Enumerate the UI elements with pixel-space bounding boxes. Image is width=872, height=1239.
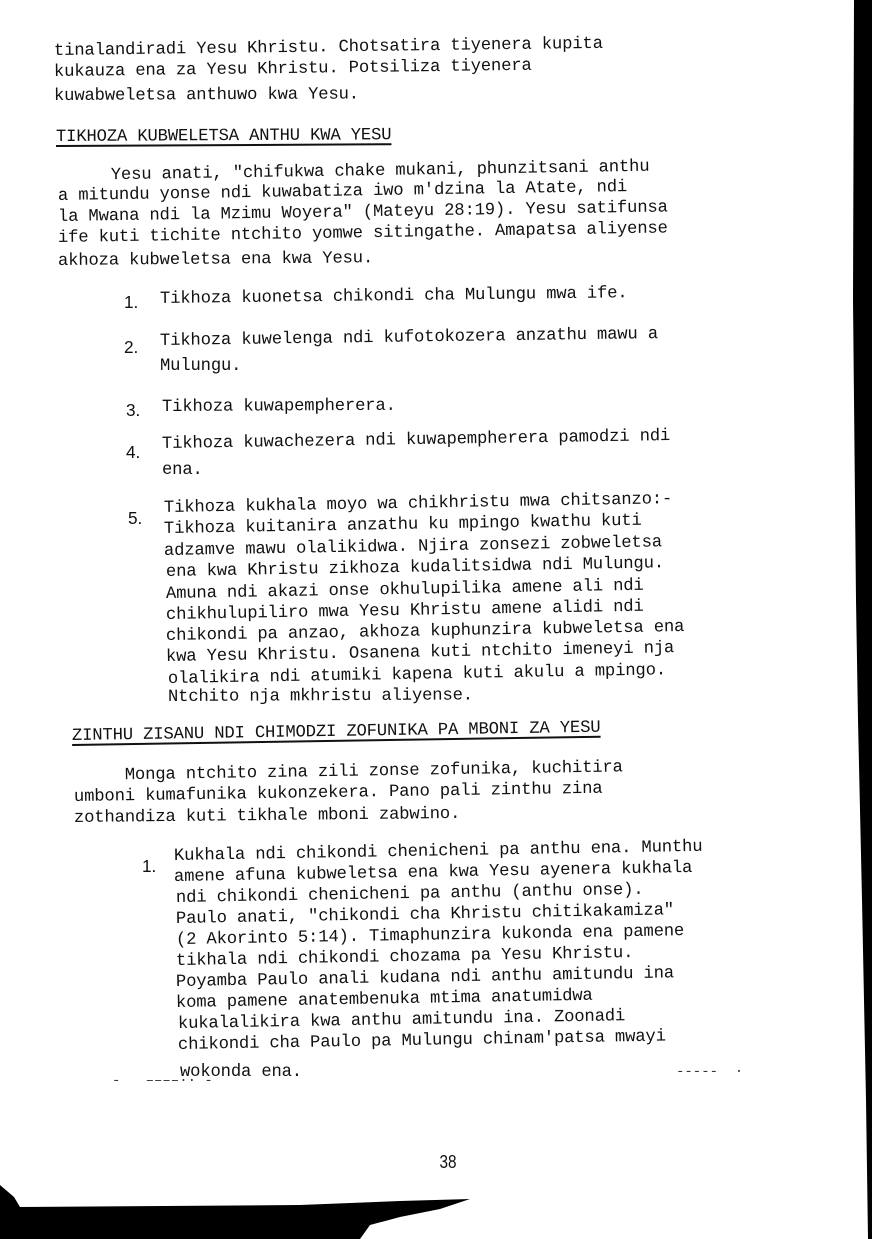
list-item-text: Tikhoza kuwelenga ndi kufotokozera anzat… bbox=[160, 325, 658, 352]
section-heading: ZINTHU ZISANU NDI CHIMODZI ZOFUNIKA PA M… bbox=[72, 719, 601, 747]
list-item-text: Tikhoza kuwapempherera. bbox=[162, 397, 396, 418]
list-item-text: ena. bbox=[162, 461, 203, 481]
list-item-number: 3. bbox=[126, 400, 140, 420]
scan-artifact: - ––––·· - bbox=[112, 1073, 213, 1089]
paragraph-line: zothandiza kuti tikhale mboni zabwino. bbox=[74, 805, 460, 829]
list-item-number: 4. bbox=[126, 442, 140, 462]
list-item-number: 1. bbox=[142, 856, 156, 876]
list-item-text: Tikhoza kuonetsa chikondi cha Mulungu mw… bbox=[160, 284, 628, 310]
scan-artifact: ----- · bbox=[676, 1064, 743, 1080]
scan-edge-right bbox=[852, 0, 872, 1239]
scanned-document-page: tinalandiradi Yesu Khristu. Chotsatira t… bbox=[0, 0, 872, 1239]
list-item-number: 2. bbox=[124, 337, 138, 357]
page-number: 38 bbox=[440, 1151, 457, 1173]
scan-edge-bottom bbox=[0, 1185, 480, 1239]
intro-line: kuwabweletsa anthuwo kwa Yesu. bbox=[54, 85, 359, 107]
list-item-text: Tikhoza kuwachezera ndi kuwapempherera p… bbox=[162, 427, 670, 455]
list-item-text: Ntchito nja mkhristu aliyense. bbox=[168, 686, 473, 708]
section-heading: TIKHOZA KUBWELETSA ANTHU KWA YESU bbox=[56, 126, 392, 148]
list-item-number: 1. bbox=[124, 292, 138, 312]
paragraph-line: akhoza kubweletsa ena kwa Yesu. bbox=[58, 249, 373, 272]
list-item-number: 5. bbox=[128, 508, 142, 528]
list-item-text: Mulungu. bbox=[160, 357, 241, 377]
